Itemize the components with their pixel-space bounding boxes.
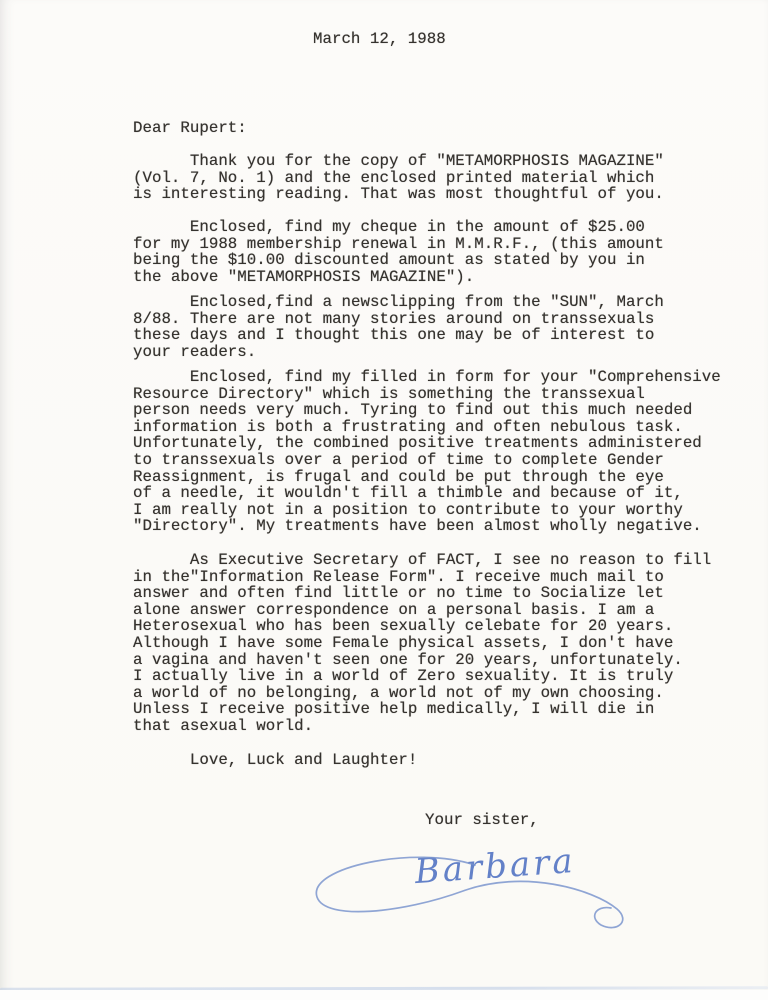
letter-paragraph-4: Enclosed, find my filled in form for you… bbox=[133, 369, 721, 535]
salutation: Dear Rupert: bbox=[133, 120, 247, 137]
letter-sheet: March 12, 1988 Dear Rupert: Thank you fo… bbox=[0, 0, 768, 1000]
letter-paragraph-2: Enclosed, find my cheque in the amount o… bbox=[133, 219, 664, 285]
letter-paragraph-1: Thank you for the copy of "METAMORPHOSIS… bbox=[133, 153, 664, 203]
closing-line: Love, Luck and Laughter! bbox=[133, 752, 417, 769]
letter-paragraph-3: Enclosed,find a newsclipping from the "S… bbox=[133, 294, 664, 360]
letter-paragraph-5: As Executive Secretary of FACT, I see no… bbox=[133, 552, 711, 735]
signature-svg: Barbara bbox=[295, 833, 640, 953]
page-below-edge bbox=[0, 990, 768, 1000]
signature-block: Barbara bbox=[295, 833, 640, 953]
valediction: Your sister, bbox=[425, 812, 539, 829]
date-line: March 12, 1988 bbox=[313, 31, 446, 48]
